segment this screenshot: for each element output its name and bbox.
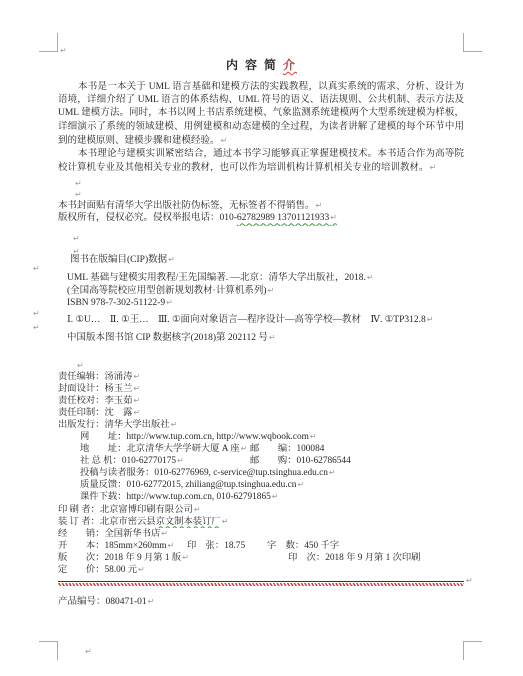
paragraph-mark-icon: ↵: [168, 541, 175, 550]
paragraph-mark-icon: ↵: [272, 492, 279, 501]
colophon: 责任编辑：汤涌涛↵封面设计：杨玉兰↵责任校对：李玉茹↵责任印制：沈 露↵出版发行…: [58, 371, 464, 576]
paragraph-mark-icon: ↵: [73, 234, 80, 243]
colophon-line: 网 址：http://www.tup.com.cn, http://www.wq…: [58, 431, 464, 443]
divider-red-squiggle: [58, 583, 464, 586]
colophon-segment: 经 销：全国新华书店: [58, 529, 160, 539]
paragraph-mark-icon: ↵: [133, 396, 140, 405]
paragraph-mark-icon: ↵: [330, 213, 337, 222]
colophon-line: 责任编辑：汤涌涛↵: [58, 371, 464, 383]
paragraph-mark-icon: ↵: [85, 647, 92, 656]
divider-rule: [58, 581, 464, 582]
colophon-segment: 邮 编：100084: [250, 443, 324, 455]
anti-counterfeit-line: 本书封面贴有清华大学出版社防伪标签，无标签者不得销售。↵: [58, 200, 464, 212]
paragraph-mark-icon: ↵: [310, 432, 317, 441]
paragraph-mark-icon: ↵: [241, 444, 248, 453]
colophon-line: 封面设计：杨玉兰↵: [58, 383, 464, 395]
colophon-segment: 责任编辑：汤涌涛: [58, 372, 132, 382]
colophon-line: 质量反馈：010-62772015, zhiliang@tup.tsinghua…: [58, 479, 464, 491]
paragraph-mark-icon: ↵: [427, 315, 434, 324]
paragraph-mark-icon: ↵: [222, 517, 229, 526]
paragraph-mark-icon: ↵: [73, 247, 80, 256]
paragraph-mark-icon: ↵: [268, 286, 275, 295]
cip-record-number-line: 中国版本图书馆 CIP 数据核字(2018)第 202112 号↵: [67, 329, 464, 342]
paragraph-mark-icon: ↵: [60, 46, 67, 55]
paragraph-mark-icon: ↵: [221, 136, 228, 145]
paragraph-mark-icon: ↵: [329, 468, 336, 477]
paragraph-mark-icon: ↵: [194, 505, 201, 514]
colophon-line: 出版发行：清华大学出版社↵: [58, 419, 464, 431]
colophon-line: 课件下载：http://www.tup.com.cn, 010-62791865…: [58, 491, 464, 503]
colophon-segment: 出版发行：清华大学出版社: [58, 420, 170, 430]
paragraph-mark-icon: ↵: [430, 163, 437, 172]
paragraph-mark-icon: ↵: [177, 456, 184, 465]
paragraph-mark-icon: ↵: [171, 420, 178, 429]
colophon-segment: 社 总 机：010-62770175: [80, 456, 176, 466]
hotline-phone-numbers: 62782989 13701121933↵: [237, 213, 337, 223]
colophon-line: 定 价：58.00 元↵: [58, 564, 464, 576]
colophon-segment: 印 张：18.75: [187, 540, 245, 552]
paragraph-text: 本书是一本关于 UML 语言基础和建模方法的实践教程，以真实系统的需求、分析、设…: [58, 81, 464, 148]
paragraph-mark-icon: ↵: [75, 179, 82, 188]
cip-body: UML 基础与建模实用教程/王先国编著. —北京：清华大学出版社，2018.↵ …: [67, 272, 464, 314]
paragraph-mark-icon: ↵: [466, 576, 473, 585]
paragraph-mark-icon: ↵: [33, 264, 40, 273]
colophon-line: 经 销：全国新华书店↵: [58, 528, 464, 540]
cip-heading: 图书在版编目(CIP)数据↵: [70, 251, 464, 265]
crop-mark-top-left-icon: [39, 33, 58, 52]
infringement-hotline-line: 版权所有，侵权必究。侵权举报电话：010-62782989 1370112193…: [58, 212, 464, 224]
colophon-segment: 印 次：2018 年 9 月第 1 次印刷: [288, 552, 420, 564]
paragraph-mark-icon: ↵: [367, 273, 374, 282]
content-summary-paragraph-1: 本书是一本关于 UML 语言基础和建模方法的实践教程，以真实系统的需求、分析、设…: [58, 81, 464, 148]
crop-mark-top-right-icon: [463, 33, 482, 52]
paragraph-mark-icon: ↵: [133, 384, 140, 393]
paragraph-mark-icon: ↵: [182, 553, 189, 562]
colophon-line: 责任印制：沈 露↵: [58, 407, 464, 419]
colophon-segment: 邮 购：010-62786544: [250, 455, 351, 467]
colophon-segment: 字 数：450 千字: [267, 540, 339, 552]
page-title-last-char: 介: [283, 58, 297, 72]
content-summary-paragraph-2: 本书理论与建模实训紧密结合，通过本书学习能够真正掌握建模技术。本书适合作为高等院…: [58, 148, 464, 176]
paragraph-mark-icon: ↵: [75, 190, 82, 199]
paragraph-mark-icon: ↵: [316, 201, 323, 210]
paragraph-mark-icon: ↵: [269, 333, 276, 342]
paragraph-mark-icon: ↵: [33, 309, 40, 318]
cip-isbn-line: ISBN 978-7-302-51122-9↵: [67, 297, 464, 310]
page-title: 内 容 简 介: [0, 56, 523, 73]
cip-classification-line: Ⅰ. ①U… Ⅱ. ①王… Ⅲ. ①面向对象语言—程序设计—高等学校—教材 Ⅳ.…: [67, 311, 464, 324]
colophon-segment: 地 址：北京清华大学学研大厦 A 座: [80, 444, 240, 454]
colophon-segment: 质量反馈：010-62772015, zhiliang@tup.tsinghua…: [80, 480, 296, 490]
paragraph-mark-icon: ↵: [297, 480, 304, 489]
paragraph-mark-icon: ↵: [133, 372, 140, 381]
paragraph-mark-icon: ↵: [138, 565, 145, 574]
colophon-line: 社 总 机：010-62770175邮 购：010-62786544↵: [58, 455, 464, 467]
paragraph-mark-icon: ↵: [33, 323, 40, 332]
paragraph-mark-icon: ↵: [133, 408, 140, 417]
crop-mark-bottom-right-icon: [463, 641, 482, 660]
colophon-line: 印 刷 者：北京富博印刷有限公司↵: [58, 504, 464, 516]
colophon-line: 地 址：北京清华大学学研大厦 A 座邮 编：100084↵: [58, 443, 464, 455]
book-copyright-page: 内 容 简 介 本书是一本关于 UML 语言基础和建模方法的实践教程，以真实系统…: [0, 0, 523, 676]
paragraph-mark-icon: ↵: [168, 255, 175, 264]
colophon-segment: 开 本：185mm×260mm: [58, 541, 167, 551]
paragraph-mark-icon: ↵: [148, 597, 155, 606]
colophon-segment: 封面设计：杨玉兰: [58, 384, 132, 394]
colophon-segment: 责任校对：李玉茹: [58, 396, 132, 406]
cip-title-line: UML 基础与建模实用教程/王先国编著. —北京：清华大学出版社，2018.↵: [67, 272, 464, 285]
paragraph-mark-icon: ↵: [77, 361, 84, 370]
colophon-segment: 投稿与读者服务：010-62776969, c-service@tup.tsin…: [80, 468, 328, 478]
colophon-line: 装 订 者：北京市密云县京文制本装订厂↵: [58, 516, 464, 528]
colophon-segment: 印 刷 者：北京富博印刷有限公司: [58, 505, 193, 515]
colophon-segment: 责任印制：沈 露: [58, 408, 132, 418]
colophon-line: 开 本：185mm×260mm印 张：18.75字 数：450 千字↵: [58, 540, 464, 552]
paragraph-mark-icon: ↵: [161, 529, 168, 538]
colophon-segment: 装 订 者：北京市密云县: [58, 517, 156, 527]
colophon-segment: 版 次：2018 年 9 月第 1 版: [58, 553, 181, 563]
colophon-line: 投稿与读者服务：010-62776969, c-service@tup.tsin…: [58, 467, 464, 479]
colophon-segment: 课件下载：http://www.tup.com.cn, 010-62791865: [80, 492, 271, 502]
colophon-segment: 定 价：58.00 元: [58, 565, 137, 575]
hotline-prefix: 版权所有，侵权必究。侵权举报电话：010-: [58, 213, 237, 223]
product-code: 产品编号：080471-01↵: [58, 593, 358, 607]
crop-mark-bottom-left-icon: [39, 641, 58, 660]
paragraph-text: 本书理论与建模实训紧密结合，通过本书学习能够真正掌握建模技术。本书适合作为高等院…: [58, 148, 464, 175]
colophon-segment: 网 址：http://www.tup.com.cn, http://www.wq…: [80, 432, 309, 442]
colophon-segment: 京文制本装订厂: [156, 517, 221, 527]
copyright-notice: 本书封面贴有清华大学出版社防伪标签，无标签者不得销售。↵ 版权所有，侵权必究。侵…: [58, 200, 464, 226]
page-title-main: 内 容 简: [226, 58, 283, 72]
paragraph-mark-icon: ↵: [166, 298, 173, 307]
colophon-line: 责任校对：李玉茹↵: [58, 395, 464, 407]
colophon-line: 版 次：2018 年 9 月第 1 版印 次：2018 年 9 月第 1 次印刷…: [58, 552, 464, 564]
cip-series-line: (全国高等院校应用型创新规划教材·计算机系列)↵: [67, 285, 464, 298]
